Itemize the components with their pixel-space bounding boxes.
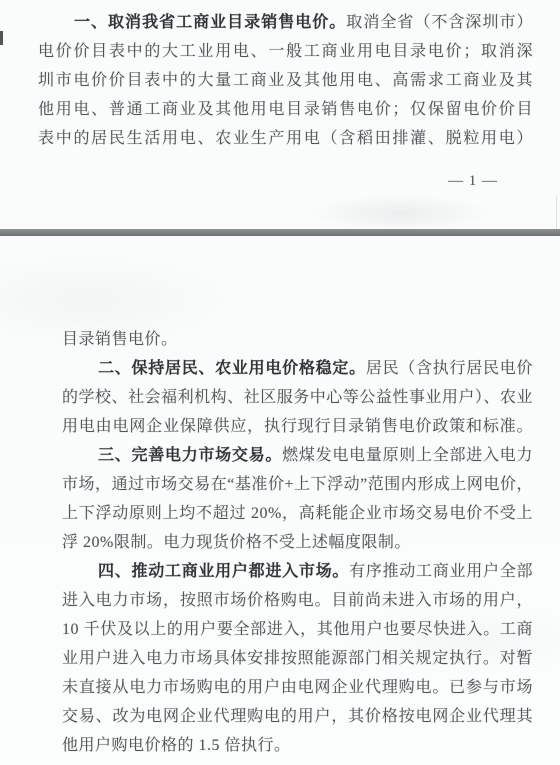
line-text: 燃煤发电电量原则上全部进入电力 [282, 447, 533, 464]
page-separator-band [0, 229, 560, 236]
section-1-heading: 一、取消我省工商业目录销售电价。 [74, 14, 346, 31]
page-number: — 1 — [448, 173, 498, 190]
line-text: 10 千伏及以上的用户要全部进入，其他用户也要尽快进入。工商 [62, 621, 533, 638]
text-line: 市场，通过市场交易在“基准价+上下浮动”范围内形成上网电价， [62, 470, 533, 499]
line-text: 圳市电价价目表中的大量工商业及其他用电、高需求工商业及其 [38, 72, 533, 89]
text-line: 他用户购电价格的 1.5 倍执行。 [62, 731, 533, 760]
line-text: 他用户购电价格的 1.5 倍执行。 [62, 737, 291, 754]
line-text: 取消全省（不含深圳市） [346, 14, 533, 31]
line-text: 交易、改为电网企业代理购电的用户，其价格按电网企业代理其 [62, 708, 533, 725]
section-2-heading: 二、保持居民、农业用电价格稳定。 [98, 360, 366, 377]
text-line: 上下浮动原则上均不超过 20%，高耗能企业市场交易电价不受上 [62, 499, 533, 528]
line-text: 业用户进入电力市场具体安排按照能源部门相关规定执行。对暂 [62, 650, 533, 667]
text-line: 一、取消我省工商业目录销售电价。取消全省（不含深圳市） [38, 8, 533, 37]
line-text: 市场，通过市场交易在“基准价+上下浮动”范围内形成上网电价， [62, 476, 533, 493]
text-line: 电价价目表中的大工业用电、一般工商业用电目录电价；取消深 [38, 37, 533, 66]
text-line: 目录销售电价。 [62, 325, 533, 354]
line-text: 进入电力市场，按照市场价格购电。目前尚未进入市场的用户， [62, 592, 533, 609]
text-line: 交易、改为电网企业代理购电的用户，其价格按电网企业代理其 [62, 702, 533, 731]
text-line: 10 千伏及以上的用户要全部进入，其他用户也要尽快进入。工商 [62, 615, 533, 644]
text-line: 进入电力市场，按照市场价格购电。目前尚未进入市场的用户， [62, 586, 533, 615]
section-3-heading: 三、完善电力市场交易。 [98, 447, 282, 464]
line-text: 用电由电网企业保障供应，执行现行目录销售电价政策和标准。 [62, 418, 533, 435]
page-2-text-column: 目录销售电价。 二、保持居民、农业用电价格稳定。居民（含执行居民电价 的学校、社… [62, 325, 533, 760]
line-text: 未直接从电力市场购电的用户由电网企业代理购电。已参与市场 [62, 679, 533, 696]
text-line: 二、保持居民、农业用电价格稳定。居民（含执行居民电价 [62, 354, 533, 383]
text-line: 圳市电价价目表中的大量工商业及其他用电、高需求工商业及其 [38, 66, 533, 95]
scan-artifact-mark [0, 31, 3, 45]
page-1: 一、取消我省工商业目录销售电价。取消全省（不含深圳市） 电价价目表中的大工业用电… [0, 0, 560, 229]
line-text: 电价价目表中的大工业用电、一般工商业用电目录电价；取消深 [38, 43, 533, 60]
text-line: 业用户进入电力市场具体安排按照能源部门相关规定执行。对暂 [62, 644, 533, 673]
text-line: 表中的居民生活用电、农业生产用电（含稻田排灌、脱粒用电） [38, 124, 533, 153]
text-line: 四、推动工商业用户都进入市场。有序推动工商业用户全部 [62, 557, 533, 586]
text-line: 他用电、普通工商业及其他用电目录销售电价；仅保留电价价目 [38, 95, 533, 124]
line-text: 有序推动工商业用户全部 [349, 563, 533, 580]
line-text: 上下浮动原则上均不超过 20%，高耗能企业市场交易电价不受上 [62, 505, 533, 522]
line-text: 表中的居民生活用电、农业生产用电（含稻田排灌、脱粒用电） [38, 130, 533, 147]
scanned-document-view: 一、取消我省工商业目录销售电价。取消全省（不含深圳市） 电价价目表中的大工业用电… [0, 0, 560, 765]
text-line: 未直接从电力市场购电的用户由电网企业代理购电。已参与市场 [62, 673, 533, 702]
text-line: 的学校、社会福利机构、社区服务中心等公益性事业用户）、农业 [62, 383, 533, 412]
text-line: 三、完善电力市场交易。燃煤发电电量原则上全部进入电力 [62, 441, 533, 470]
line-text: 目录销售电价。 [62, 331, 178, 348]
line-text: 他用电、普通工商业及其他用电目录销售电价；仅保留电价价目 [38, 101, 533, 118]
section-4-heading: 四、推动工商业用户都进入市场。 [98, 563, 349, 580]
text-line: 用电由电网企业保障供应，执行现行目录销售电价政策和标准。 [62, 412, 533, 441]
line-text: 居民（含执行居民电价 [366, 360, 533, 377]
page-1-text-column: 一、取消我省工商业目录销售电价。取消全省（不含深圳市） 电价价目表中的大工业用电… [38, 8, 533, 153]
line-text: 的学校、社会福利机构、社区服务中心等公益性事业用户）、农业 [62, 389, 533, 406]
text-line: 浮 20%限制。电力现货价格不受上述幅度限制。 [62, 528, 533, 557]
line-text: 浮 20%限制。电力现货价格不受上述幅度限制。 [62, 534, 411, 551]
